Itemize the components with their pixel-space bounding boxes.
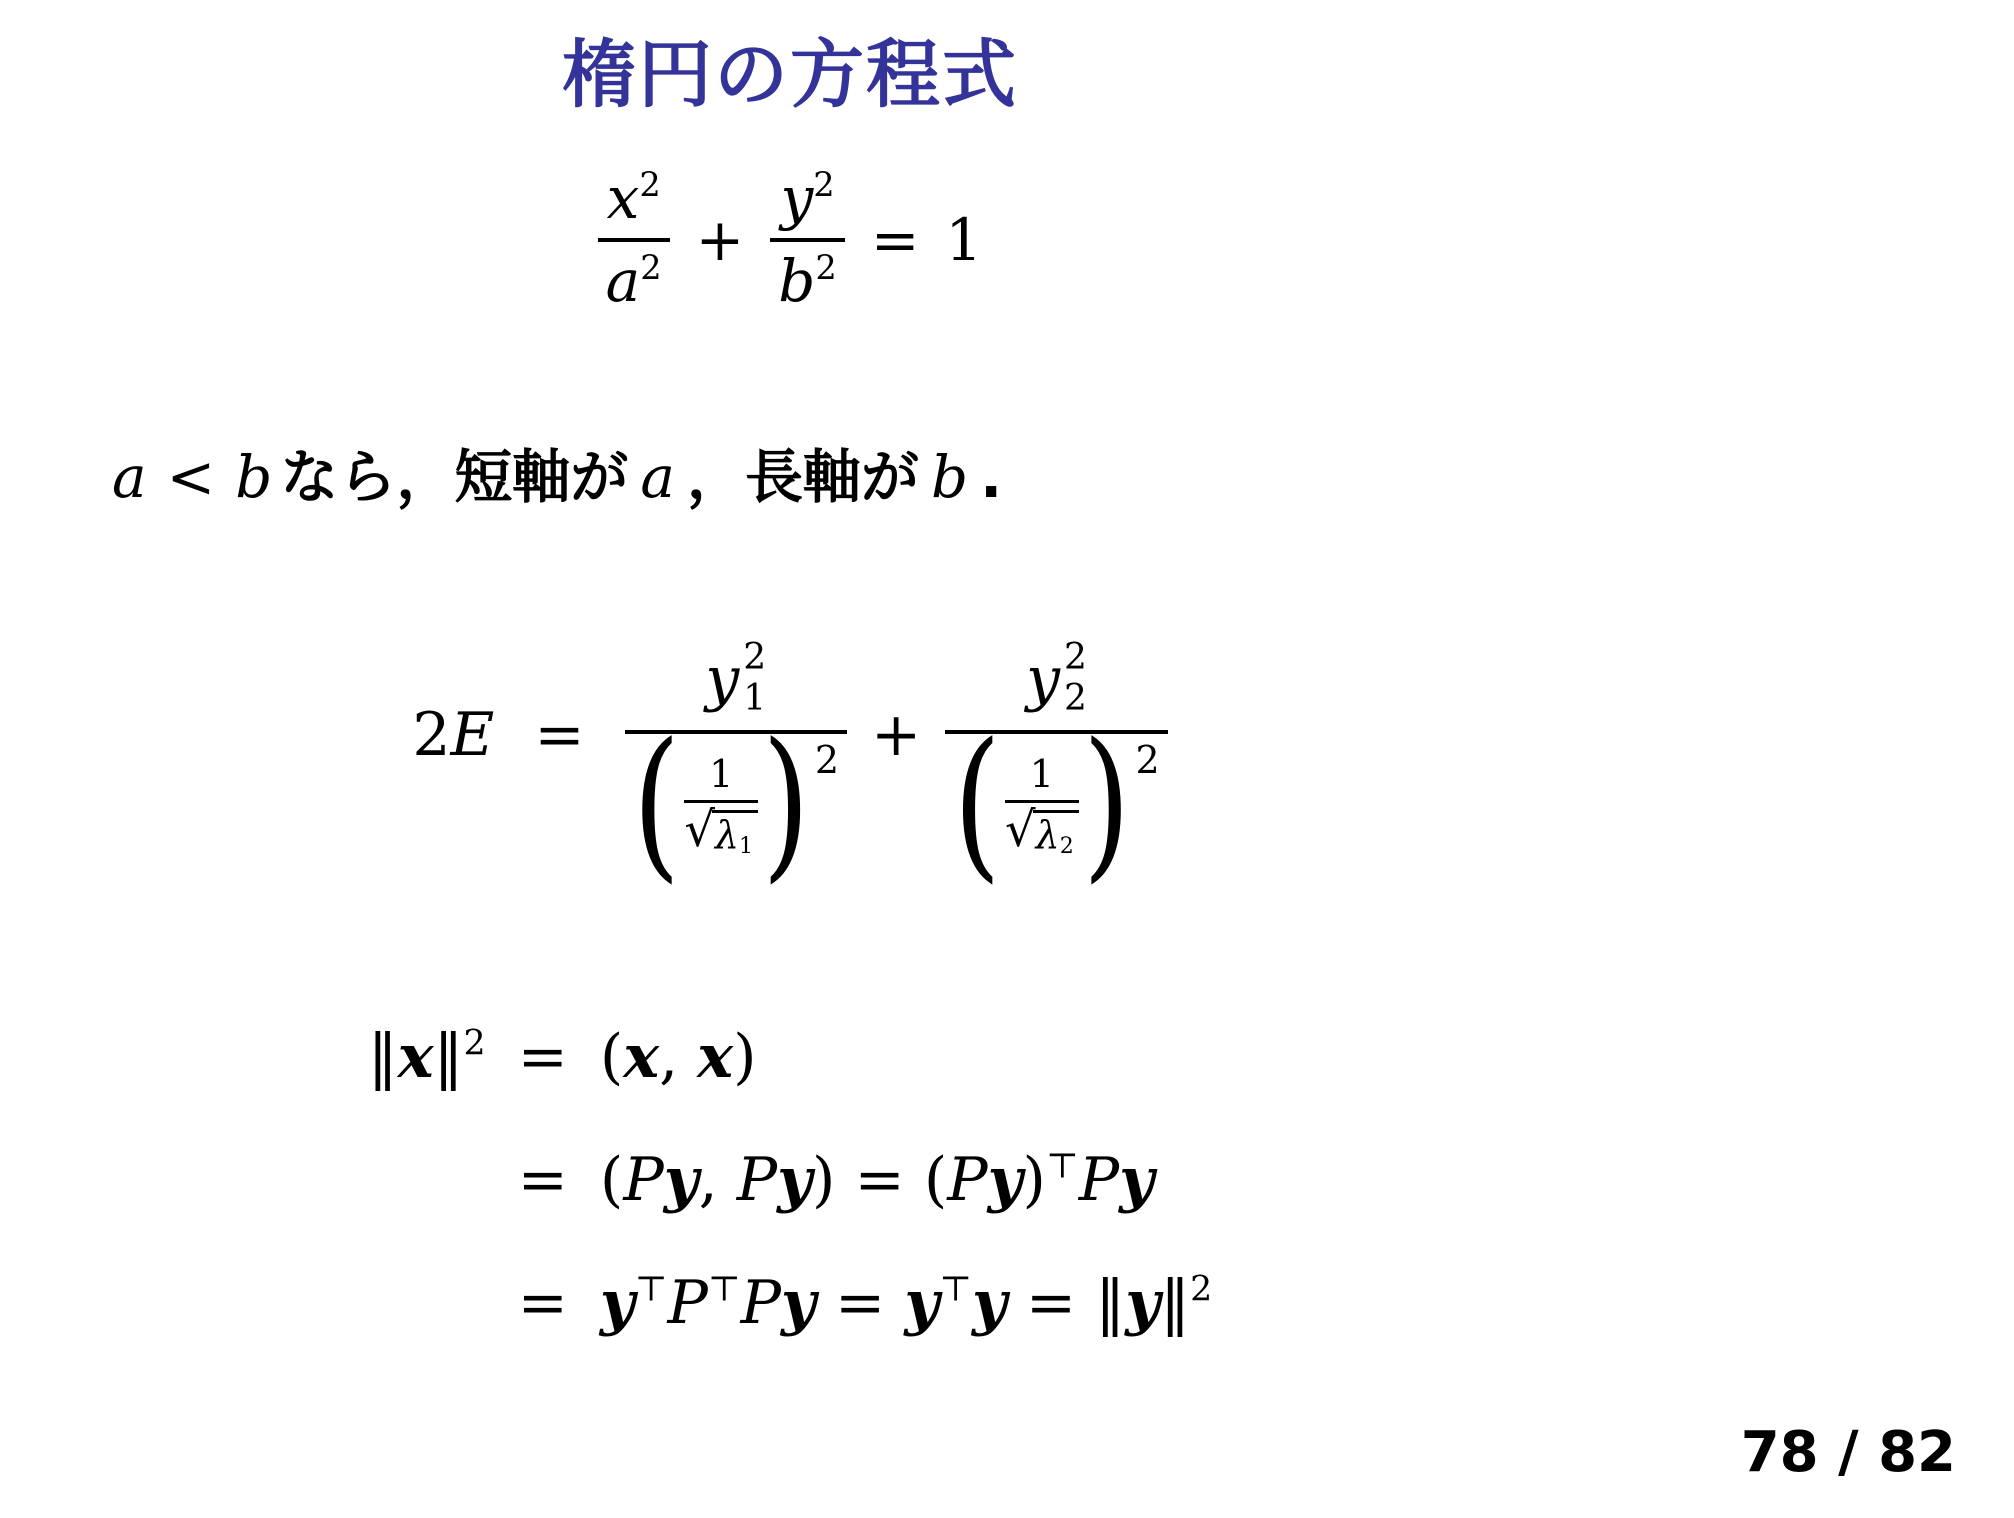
left-paren: ( bbox=[633, 731, 681, 878]
fraction-y1: y21 ( 1 √λ1 ) 2 bbox=[625, 640, 847, 865]
transpose-icon: ⊤ bbox=[708, 1269, 741, 1309]
equals-sign: = bbox=[518, 1266, 568, 1341]
inner-fraction: 1 √λ1 bbox=[684, 755, 758, 854]
fraction-y2-b2: y2 b2 bbox=[770, 168, 845, 312]
sup-2: 2 bbox=[743, 640, 766, 676]
sup-sub-stack: 22 bbox=[1064, 640, 1087, 717]
energy-equation: 2E = y21 ( 1 √λ1 ) 2 + y22 ( 1 √λ2 ) bbox=[0, 640, 1580, 865]
page-title: 楕円の方程式 bbox=[0, 16, 1580, 122]
sup-2: 2 bbox=[1136, 741, 1160, 781]
norm-bar: ‖ bbox=[368, 1022, 398, 1092]
lhs-norm-x: ‖x‖2 bbox=[368, 1020, 486, 1095]
number-one: 1 bbox=[945, 206, 982, 274]
vector-y: y bbox=[1119, 1145, 1154, 1215]
right-paren: ) bbox=[762, 731, 810, 878]
left-paren: ( bbox=[953, 731, 1001, 878]
sup-sub-stack: 21 bbox=[743, 640, 766, 717]
math-x: x bbox=[607, 164, 640, 232]
transpose-icon: ⊤ bbox=[635, 1269, 668, 1309]
vector-y: y bbox=[972, 1268, 1007, 1338]
denominator-lambda2: ( 1 √λ2 ) 2 bbox=[945, 743, 1167, 865]
vector-y: y bbox=[1125, 1268, 1160, 1338]
rhs-line3: y⊤P⊤Py = y⊤y = ‖y‖2 bbox=[600, 1266, 1212, 1341]
sup-2: 2 bbox=[815, 741, 839, 781]
number-two: 2 bbox=[412, 700, 450, 770]
sub-1: 1 bbox=[739, 833, 753, 858]
text-short-axis: 短軸が bbox=[454, 443, 628, 511]
vector-x: x bbox=[398, 1022, 434, 1092]
axis-note: a<bなら，短軸がa，長軸がb. bbox=[112, 430, 1002, 514]
fraction-bar bbox=[598, 238, 670, 242]
period: . bbox=[980, 443, 1002, 511]
right-paren: ) bbox=[733, 1022, 756, 1092]
right-paren: ) bbox=[1023, 1145, 1046, 1215]
sub-2: 2 bbox=[1060, 833, 1074, 858]
vector-y: y bbox=[904, 1268, 939, 1338]
sqrt-sign: √ bbox=[684, 810, 715, 851]
number-one: 1 bbox=[709, 755, 733, 795]
number-one: 1 bbox=[1030, 755, 1054, 795]
vector-y: y bbox=[600, 1268, 635, 1338]
sqrt-sign: √ bbox=[1005, 810, 1036, 851]
plus-sign: + bbox=[696, 206, 745, 274]
equals-sign: = bbox=[534, 700, 584, 770]
inner-fraction: 1 √λ2 bbox=[1005, 755, 1079, 854]
math-b: b bbox=[778, 247, 815, 315]
radicand: λ2 bbox=[1033, 810, 1079, 854]
text-long-axis: ，長軸が bbox=[687, 443, 919, 511]
math-a: a bbox=[112, 443, 147, 511]
lhs-2E: 2E bbox=[412, 700, 494, 770]
math-P: P bbox=[668, 1268, 708, 1338]
sup-2: 2 bbox=[640, 248, 661, 287]
equals-sign: = bbox=[518, 1020, 568, 1095]
sup-2: 2 bbox=[1064, 640, 1087, 676]
math-y: y bbox=[705, 649, 739, 709]
norm-bar: ‖ bbox=[1160, 1268, 1190, 1338]
math-y: y bbox=[1026, 649, 1060, 709]
vector-y: y bbox=[777, 1145, 812, 1215]
equals-sign: = bbox=[871, 206, 920, 274]
transpose-icon: ⊤ bbox=[939, 1269, 972, 1309]
slide: { "title": "楕円の方程式", "page_number": "78 … bbox=[0, 0, 2014, 1518]
math-b: b bbox=[235, 443, 272, 511]
plus-sign: + bbox=[871, 700, 921, 770]
equals-sign: = bbox=[835, 1268, 885, 1338]
math-E: E bbox=[451, 700, 495, 770]
less-than-sign: < bbox=[167, 443, 216, 511]
vector-y: y bbox=[664, 1145, 699, 1215]
math-P: P bbox=[947, 1145, 987, 1215]
vector-x: x bbox=[623, 1022, 659, 1092]
numerator: y2 bbox=[772, 168, 842, 229]
radical: √λ2 bbox=[1005, 810, 1079, 854]
sup-2: 2 bbox=[1190, 1269, 1212, 1309]
fraction-x2-a2: x2 a2 bbox=[598, 168, 670, 312]
fraction-bar bbox=[770, 238, 845, 242]
right-paren: ) bbox=[812, 1145, 835, 1215]
rhs-line2: (Py, Py) = (Py)⊤Py bbox=[600, 1143, 1212, 1218]
text-nara: なら， bbox=[280, 443, 454, 511]
fraction-y2: y22 ( 1 √λ2 ) 2 bbox=[945, 640, 1167, 865]
math-lambda: λ bbox=[715, 813, 739, 857]
sup-2: 2 bbox=[639, 165, 660, 204]
transpose-icon: ⊤ bbox=[1046, 1146, 1079, 1186]
math-P: P bbox=[741, 1268, 781, 1338]
sup-2: 2 bbox=[815, 248, 836, 287]
denominator-lambda1: ( 1 √λ1 ) 2 bbox=[625, 743, 847, 865]
left-paren: ( bbox=[600, 1022, 623, 1092]
norm-equation: ‖x‖2 = (x, x) = (Py, Py) = (Py)⊤Py = y⊤P… bbox=[0, 1020, 1580, 1341]
vector-x: x bbox=[697, 1022, 733, 1092]
math-P: P bbox=[737, 1145, 777, 1215]
comma: , bbox=[699, 1145, 718, 1215]
left-paren: ( bbox=[924, 1145, 947, 1215]
right-paren: ) bbox=[1083, 731, 1131, 878]
norm-bar: ‖ bbox=[1095, 1268, 1125, 1338]
numerator: x2 bbox=[599, 168, 669, 229]
comma: , bbox=[659, 1022, 678, 1092]
page-number: 78 / 82 bbox=[1741, 1420, 1956, 1485]
sup-2: 2 bbox=[464, 1023, 486, 1063]
math-a: a bbox=[640, 443, 675, 511]
equals-sign: = bbox=[518, 1143, 568, 1218]
math-P: P bbox=[1079, 1145, 1119, 1215]
denominator: a2 bbox=[598, 251, 670, 312]
sup-2: 2 bbox=[813, 165, 834, 204]
equals-sign: = bbox=[1026, 1268, 1076, 1338]
aligned-equations: ‖x‖2 = (x, x) = (Py, Py) = (Py)⊤Py = y⊤P… bbox=[368, 1020, 1213, 1341]
math-lambda: λ bbox=[1036, 813, 1060, 857]
equals-sign: = bbox=[855, 1145, 905, 1215]
math-y: y bbox=[780, 164, 813, 232]
math-a: a bbox=[606, 247, 641, 315]
math-P: P bbox=[623, 1145, 663, 1215]
rhs-line1: (x, x) bbox=[600, 1020, 1212, 1095]
math-b: b bbox=[931, 443, 968, 511]
vector-y: y bbox=[781, 1268, 816, 1338]
left-paren: ( bbox=[600, 1145, 623, 1215]
vector-y: y bbox=[988, 1145, 1023, 1215]
norm-bar: ‖ bbox=[434, 1022, 464, 1092]
ellipse-equation: x2 a2 + y2 b2 = 1 bbox=[0, 168, 1580, 312]
denominator: b2 bbox=[770, 251, 845, 312]
radical: √λ1 bbox=[684, 810, 758, 854]
radicand: λ1 bbox=[712, 810, 758, 854]
